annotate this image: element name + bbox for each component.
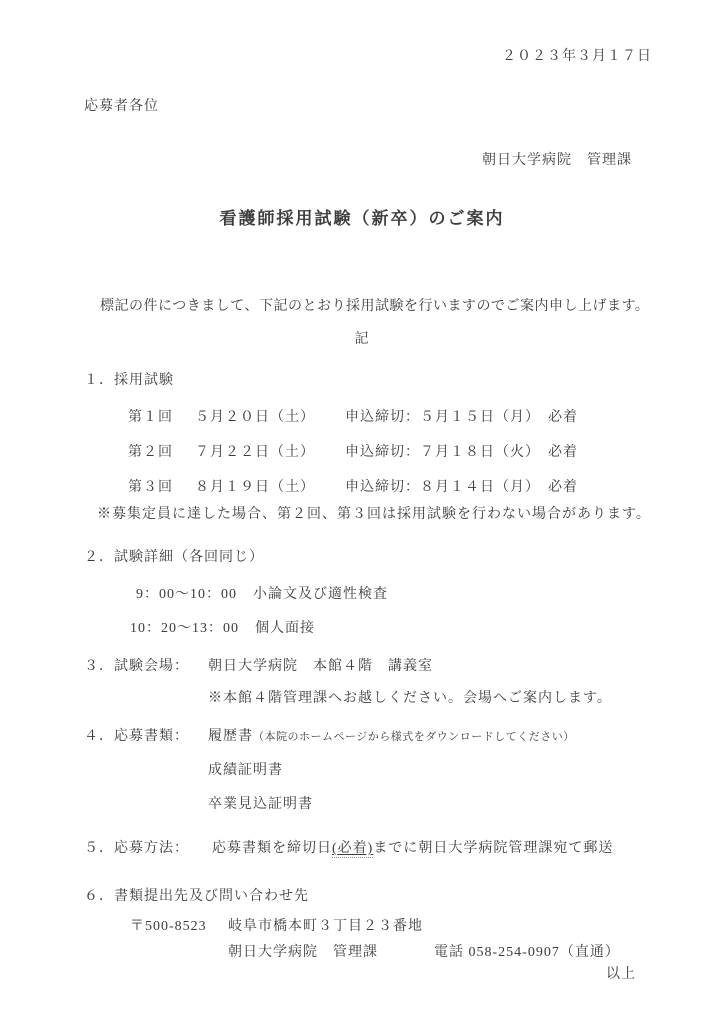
section-3-note: ※本館４階管理課へお越しください。会場へご案内します。 [208, 690, 612, 708]
section-2-heading: ２．試験詳細（各回同じ） [84, 549, 264, 567]
schedule-time: 9：00～10：00 [136, 587, 237, 602]
phone-number: 電話 058-254-0907（直通） [434, 944, 620, 962]
exam-round-row: 第２回７月２２日（土）申込締切：７月１８日（火） 必着 [128, 444, 578, 462]
round-label: 第２回 [128, 445, 173, 460]
document-item-name: 成績証明書 [208, 762, 283, 780]
document-item: 履歴書（本院のホームページから様式をダウンロードしてください） [208, 728, 575, 746]
method-text-emphasized: (必着) [332, 841, 373, 858]
document-item-name: 履歴書 [208, 729, 253, 744]
round-date: ８月１９日（土） [195, 480, 315, 495]
schedule-activity: 個人面接 [255, 621, 315, 636]
section-6-heading: ６．書類提出先及び問い合わせ先 [84, 888, 309, 906]
document-page: ２０２３年３月１７日 応募者各位 朝日大学病院 管理課 看護師採用試験（新卒）の… [0, 0, 724, 1024]
document-item-name: 卒業見込証明書 [208, 796, 313, 814]
method-text-after: までに朝日大学病院管理課宛て郵送 [373, 841, 613, 856]
addressee: 応募者各位 [84, 98, 159, 116]
round-deadline: 申込締切：５月１５日（月） 必着 [345, 410, 578, 425]
schedule-activity: 小論文及び適性検査 [253, 587, 388, 602]
method-text-before: 応募書類を締切日 [212, 841, 332, 856]
round-label: 第３回 [128, 480, 173, 495]
section-1-heading: １．採用試験 [84, 372, 174, 390]
venue-name: 朝日大学病院 本館４階 講義室 [208, 658, 433, 676]
schedule-row: 10：20～13：00個人面接 [130, 620, 315, 638]
organization-name: 朝日大学病院 管理課 [228, 944, 378, 962]
postal-code: 〒500-8523 [130, 918, 207, 936]
address-text: 岐阜市橋本町３丁目２３番地 [228, 918, 423, 936]
section-5-heading: ５．応募方法： [84, 840, 189, 858]
section-4-heading: ４．応募書類： [84, 728, 189, 746]
closing-marker: 以上 [606, 966, 636, 984]
application-method-text: 応募書類を締切日(必着)までに朝日大学病院管理課宛て郵送 [212, 840, 613, 858]
round-date: ５月２０日（土） [195, 410, 315, 425]
round-deadline: 申込締切：７月１８日（火） 必着 [345, 445, 578, 460]
schedule-time: 10：20～13：00 [130, 621, 239, 636]
record-marker: 記 [0, 331, 724, 349]
schedule-row: 9：00～10：00小論文及び適性検査 [136, 586, 388, 604]
page-title: 看護師採用試験（新卒）のご案内 [0, 210, 724, 228]
intro-paragraph: 標記の件につきまして、下記のとおり採用試験を行いますのでご案内申し上げます。 [100, 298, 649, 316]
round-label: 第１回 [128, 410, 173, 425]
round-deadline: 申込締切：８月１４日（月） 必着 [345, 480, 578, 495]
section-1-note: ※募集定員に達した場合、第２回、第３回は採用試験を行わない場合があります。 [97, 506, 651, 524]
document-date: ２０２３年３月１７日 [502, 48, 652, 66]
exam-round-row: 第１回５月２０日（土）申込締切：５月１５日（月） 必着 [128, 409, 578, 427]
exam-round-row: 第３回８月１９日（土）申込締切：８月１４日（月） 必着 [128, 479, 578, 497]
sender: 朝日大学病院 管理課 [482, 152, 632, 170]
section-3-heading: ３．試験会場： [84, 658, 189, 676]
document-item-note: （本院のホームページから様式をダウンロードしてください） [253, 731, 575, 743]
round-date: ７月２２日（土） [195, 445, 315, 460]
